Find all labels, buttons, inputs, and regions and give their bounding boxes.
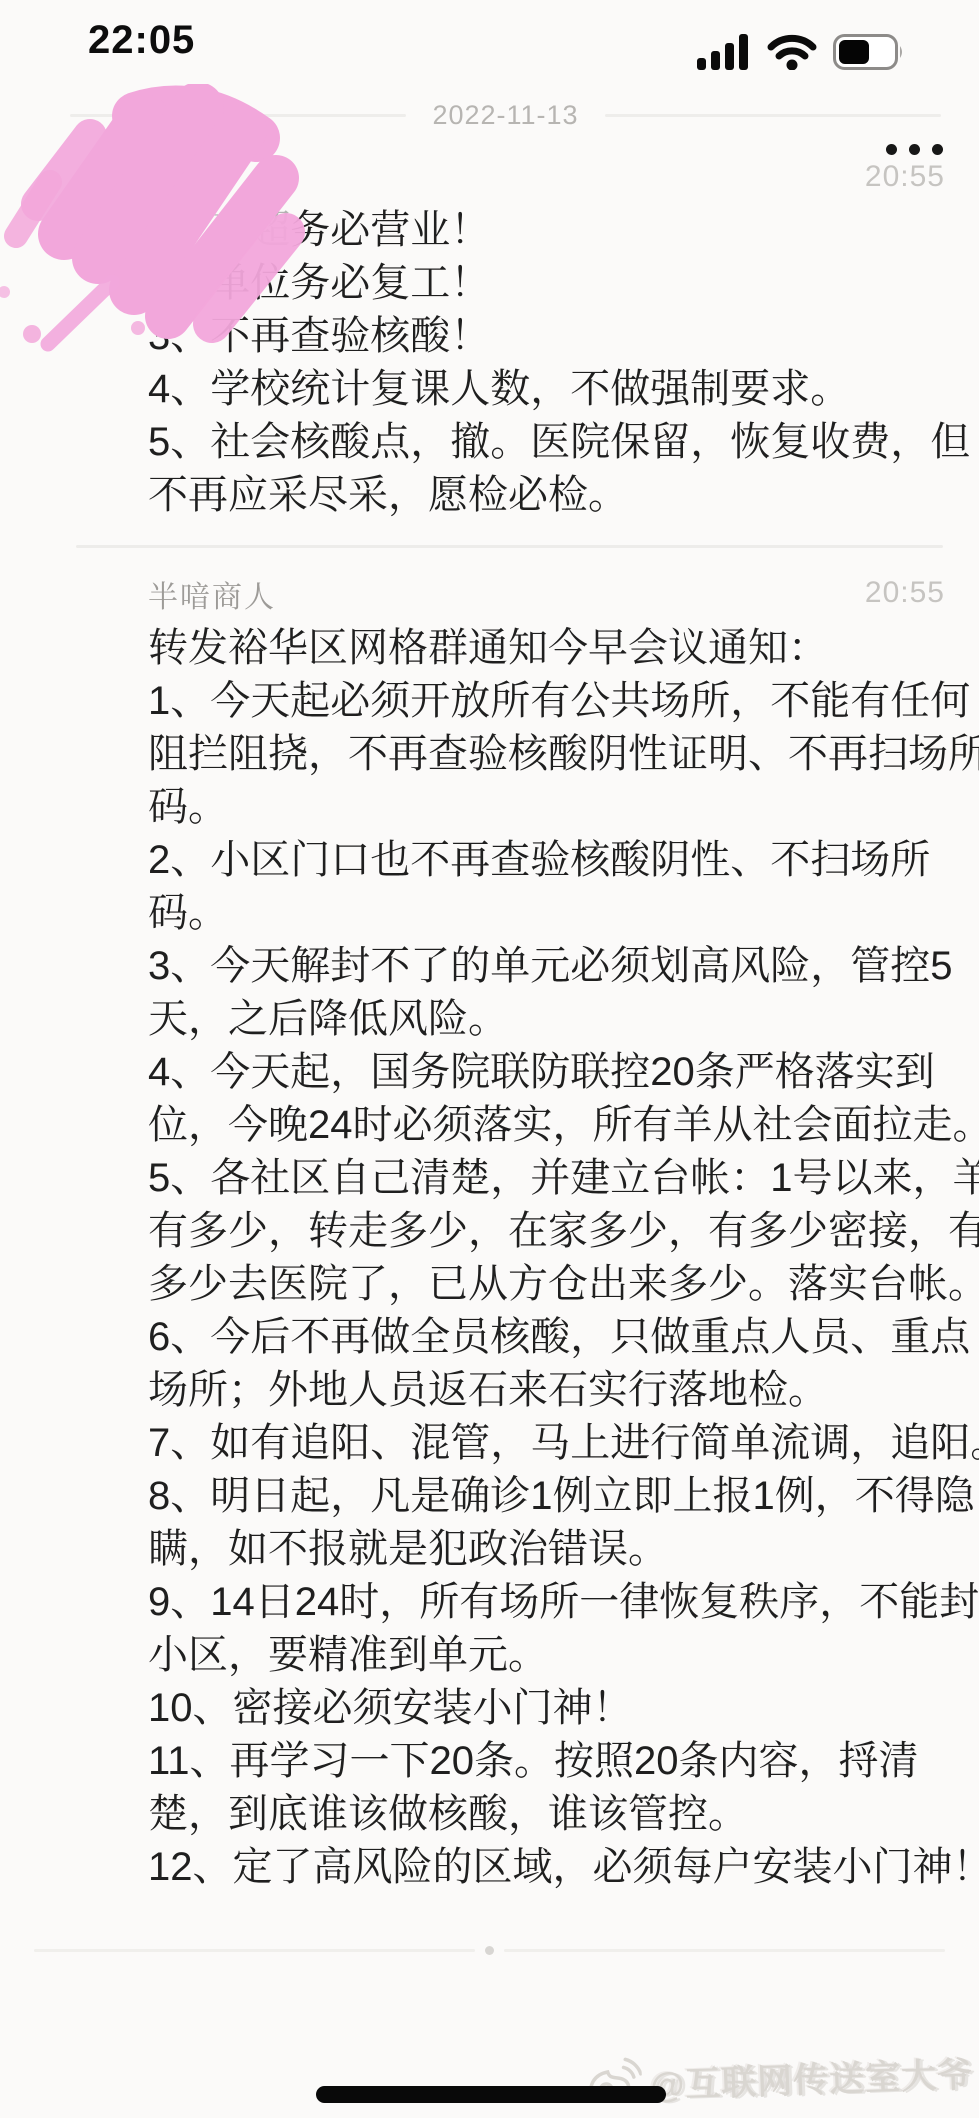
message-line: 不再应采尽采，愿检必检。 [148, 469, 959, 522]
message2-timestamp: 20:55 [865, 576, 945, 610]
status-icons [697, 34, 905, 75]
separator-line-left [34, 1949, 475, 1952]
message-line: 4、今天起，国务院联防联控20条严格落实到 [148, 1046, 959, 1099]
message-line: 12、定了高风险的区域，必须每户安装小门神！ [148, 1841, 959, 1894]
message-line: 码。 [148, 781, 959, 834]
message-line: 2、小区门口也不再查验核酸阴性、不扫场所 [148, 834, 959, 887]
message-line: 码。 [148, 887, 959, 940]
separator-dot [485, 1946, 494, 1955]
message-line: 5、社会核酸点，撤。医院保留，恢复收费，但 [148, 416, 959, 469]
message2-body: 转发裕华区网格群通知今早会议通知：1、今天起必须开放所有公共场所，不能有任何阻拦… [148, 622, 959, 1894]
message-line: 6、今后不再做全员核酸，只做重点人员、重点 [148, 1311, 959, 1364]
message-line: 3、今天解封不了的单元必须划高风险，管控5 [148, 940, 959, 993]
message-line: 楚，到底谁该做核酸，谁该管控。 [148, 1788, 959, 1841]
message1-timestamp: 20:55 [865, 160, 945, 194]
dot [909, 144, 920, 155]
separator-line-right [605, 114, 941, 117]
message-line: 10、密接必须安装小门神！ [148, 1682, 959, 1735]
message-line: 1、今天起必须开放所有公共场所，不能有任何 [148, 675, 959, 728]
message-line: 天，之后降低风险。 [148, 993, 959, 1046]
bottom-separator [34, 1946, 945, 1955]
dot [886, 144, 897, 155]
home-indicator[interactable] [316, 2086, 666, 2103]
message-line: 9、14日24时，所有场所一律恢复秩序，不能封 [148, 1576, 959, 1629]
message-line: 多少去医院了，已从方仓出来多少。落实台帐。 [148, 1258, 959, 1311]
message-line: 瞒，如不报就是犯政治错误。 [148, 1523, 959, 1576]
message-line: 场所；外地人员返石来石实行落地检。 [148, 1364, 959, 1417]
message-line: 小区，要精准到单元。 [148, 1629, 959, 1682]
more-dots-icon[interactable] [886, 144, 943, 155]
weibo-logo-icon [585, 2057, 643, 2112]
sender-name[interactable]: 半喑商人 [148, 572, 276, 616]
message-line: 阻拦阻挠，不再查验核酸阴性证明、不再扫场所 [148, 728, 959, 781]
message-line: 8、明日起，凡是确诊1例立即上报1例，不得隐 [148, 1470, 959, 1523]
watermark-text: @互联网传送室大爷 [649, 2047, 974, 2108]
separator-line-right [504, 1949, 945, 1952]
message-line: 4、学校统计复课人数，不做强制要求。 [148, 363, 959, 416]
date-label: 2022-11-13 [432, 100, 578, 131]
message-line: 11、再学习一下20条。按照20条内容，捋清 [148, 1735, 959, 1788]
status-time: 22:05 [88, 18, 195, 63]
message2-lines: 转发裕华区网格群通知今早会议通知：1、今天起必须开放所有公共场所，不能有任何阻拦… [148, 622, 959, 1894]
chat-screen: 22:05 [0, 0, 979, 2118]
pink-scribble [0, 84, 326, 359]
message-divider [76, 545, 943, 548]
cellular-signal-icon [697, 34, 751, 75]
message-line: 转发裕华区网格群通知今早会议通知： [148, 622, 959, 675]
status-bar: 22:05 [0, 0, 979, 92]
dot [932, 144, 943, 155]
message-line: 有多少，转走多少，在家多少，有多少密接，有 [148, 1205, 959, 1258]
message-line: 7、如有追阳、混管，马上进行简单流调，追阳。 [148, 1417, 959, 1470]
battery-icon [833, 34, 905, 75]
message-line: 位，今晚24时必须落实，所有羊从社会面拉走。 [148, 1099, 959, 1152]
wifi-icon [767, 34, 817, 75]
message-line: 5、各社区自己清楚，并建立台帐：1号以来，羊 [148, 1152, 959, 1205]
